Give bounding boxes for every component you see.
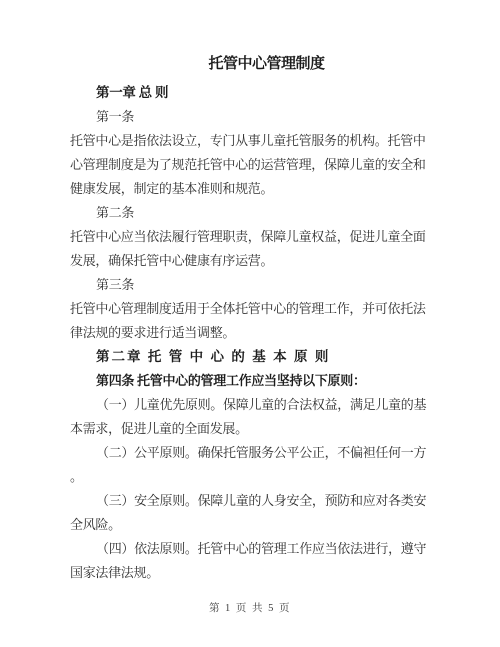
principle-3-line: 全风险。 xyxy=(70,513,427,537)
principle-4-line: 国家法律法规。 xyxy=(70,561,427,585)
article-3-number: 第三条 xyxy=(70,273,427,297)
article-2-number: 第二条 xyxy=(70,201,427,225)
article-2-line: 托管中心应当依法履行管理职责，保障儿童权益，促进儿童全面 xyxy=(70,225,427,249)
article-4-heading: 第四条 托管中心的管理工作应当坚持以下原则： xyxy=(70,369,427,393)
document-title: 托管中心管理制度 xyxy=(106,50,427,78)
article-1-number: 第一条 xyxy=(70,105,427,129)
document-body: 托管中心管理制度 第一章 总 则 第一条 托管中心是指依法设立，专门从事儿童托管… xyxy=(0,0,500,585)
document-page: 托管中心管理制度 第一章 总 则 第一条 托管中心是指依法设立，专门从事儿童托管… xyxy=(0,0,500,647)
principle-2-line: 。 xyxy=(70,465,427,489)
article-2-line: 发展，确保托管中心健康有序运营。 xyxy=(70,249,427,273)
article-1-line: 健康发展，制定的基本准则和规范。 xyxy=(70,177,427,201)
principle-4-line: （四）依法原则。托管中心的管理工作应当依法进行，遵守 xyxy=(70,537,427,561)
article-1-line: 心管理制度是为了规范托管中心的运营管理，保障儿童的安全和 xyxy=(70,153,427,177)
principle-3-line: （三）安全原则。保障儿童的人身安全，预防和应对各类安 xyxy=(70,489,427,513)
principle-2-line: （二）公平原则。确保托管服务公平公正，不偏袒任何一方 xyxy=(70,441,427,465)
article-1-line: 托管中心是指依法设立，专门从事儿童托管服务的机构。托管中 xyxy=(70,129,427,153)
page-footer: 第 1 页 共 5 页 xyxy=(0,601,500,617)
article-3-line: 律法规的要求进行适当调整。 xyxy=(70,321,427,345)
article-3-line: 托管中心管理制度适用于全体托管中心的管理工作，并可依托法 xyxy=(70,297,427,321)
chapter-1-heading: 第一章 总 则 xyxy=(70,81,427,105)
principle-1-line: 本需求，促进儿童的全面发展。 xyxy=(70,417,427,441)
chapter-2-heading: 第二章 托 管 中 心 的 基 本 原 则 xyxy=(70,345,427,369)
principle-1-line: （一）儿童优先原则。保障儿童的合法权益，满足儿童的基 xyxy=(70,393,427,417)
